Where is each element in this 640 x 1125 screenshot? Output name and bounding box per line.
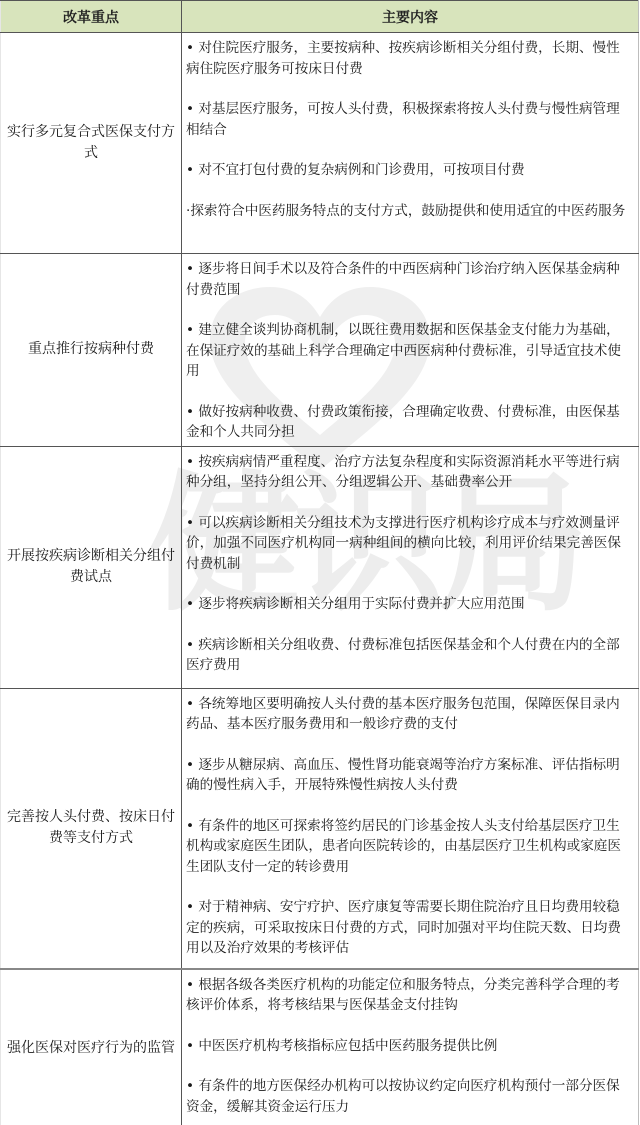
reform-key: 重点推行按病种付费 <box>1 254 182 447</box>
content-item: • 建立健全谈判协商机制，以既往费用数据和医保基金支付能力为基础，在保证疗效的基… <box>186 320 632 382</box>
table-row: 完善按人头付费、按床日付费等支付方式 • 各统筹地区要明确按人头付费的基本医疗服… <box>1 688 639 969</box>
content-item: • 对于精神病、安宁疗护、医疗康复等需要长期住院治疗且日均费用较稳定的疾病，可采… <box>186 897 632 959</box>
content-item: • 根据各级各类医疗机构的功能定位和服务特点，分类完善科学合理的考核评价体系，将… <box>186 975 632 1016</box>
table-row: 重点推行按病种付费 • 逐步将日间手术以及符合条件的中西医病种门诊治疗纳入医保基… <box>1 254 639 447</box>
reform-content: • 根据各级各类医疗机构的功能定位和服务特点，分类完善科学合理的考核评价体系，将… <box>182 969 639 1125</box>
table-row: 强化医保对医疗行为的监管 • 根据各级各类医疗机构的功能定位和服务特点，分类完善… <box>1 969 639 1125</box>
reform-key: 开展按疾病诊断相关分组付费试点 <box>1 446 182 688</box>
content-item: • 逐步将日间手术以及符合条件的中西医病种门诊治疗纳入医保基金病种付费范围 <box>186 259 632 300</box>
content-item: • 对基层医疗服务，可按人头付费，积极探索将按人头付费与慢性病管理相结合 <box>186 99 632 140</box>
header-row: 改革重点 主要内容 <box>1 1 639 33</box>
content-item: • 可以疾病诊断相关分组技术为支撑进行医疗机构诊疗成本与疗效测量评价，加强不同医… <box>186 513 632 575</box>
content-item: • 对住院医疗服务，主要按病种、按疾病诊断相关分组付费，长期、慢性病住院医疗服务… <box>186 38 632 79</box>
content-item: • 有条件的地区可探索将签约居民的门诊基金按人头支付给基层医疗卫生机构或家庭医生… <box>186 816 632 878</box>
content-item: • 有条件的地方医保经办机构可以按协议约定向医疗机构预付一部分医保资金，缓解其资… <box>186 1076 632 1117</box>
content-item: • 对不宜打包付费的复杂病例和门诊费用，可按项目付费 <box>186 160 632 181</box>
content-item: • 做好按病种收费、付费政策衔接，合理确定收费、付费标准，由医保基金和个人共同分… <box>186 402 632 443</box>
table-row: 开展按疾病诊断相关分组付费试点 • 按疾病病情严重程度、治疗方法复杂程度和实际资… <box>1 446 639 688</box>
content-item: • 逐步将疾病诊断相关分组用于实际付费并扩大应用范围 <box>186 594 632 615</box>
content-item: • 逐步从糖尿病、高血压、慢性肾功能衰竭等治疗方案标准、评估指标明确的慢性病入手… <box>186 755 632 796</box>
content-item: • 中医医疗机构考核指标应包括中医药服务提供比例 <box>186 1036 632 1057</box>
table-row: 实行多元复合式医保支付方式 • 对住院医疗服务，主要按病种、按疾病诊断相关分组付… <box>1 33 639 254</box>
header-content: 主要内容 <box>182 1 639 33</box>
content-item: • 疾病诊断相关分组收费、付费标准包括医保基金和个人付费在内的全部医疗费用 <box>186 635 632 676</box>
content-item: ·探索符合中医药服务特点的支付方式，鼓励提供和使用适宜的中医药服务 <box>186 201 632 222</box>
reform-content: • 按疾病病情严重程度、治疗方法复杂程度和实际资源消耗水平等进行病种分组，坚持分… <box>182 446 639 688</box>
reform-content: • 对住院医疗服务，主要按病种、按疾病诊断相关分组付费，长期、慢性病住院医疗服务… <box>182 33 639 254</box>
content-item: • 按疾病病情严重程度、治疗方法复杂程度和实际资源消耗水平等进行病种分组，坚持分… <box>186 452 632 493</box>
reform-content: • 逐步将日间手术以及符合条件的中西医病种门诊治疗纳入医保基金病种付费范围 • … <box>182 254 639 447</box>
reform-key: 实行多元复合式医保支付方式 <box>1 33 182 254</box>
reform-table: 改革重点 主要内容 实行多元复合式医保支付方式 • 对住院医疗服务，主要按病种、… <box>0 0 639 1125</box>
reform-content: • 各统筹地区要明确按人头付费的基本医疗服务包范围，保障医保目录内药品、基本医疗… <box>182 688 639 969</box>
content-item: • 各统筹地区要明确按人头付费的基本医疗服务包范围，保障医保目录内药品、基本医疗… <box>186 694 632 735</box>
header-key: 改革重点 <box>1 1 182 33</box>
reform-key: 完善按人头付费、按床日付费等支付方式 <box>1 688 182 969</box>
reform-key: 强化医保对医疗行为的监管 <box>1 969 182 1125</box>
